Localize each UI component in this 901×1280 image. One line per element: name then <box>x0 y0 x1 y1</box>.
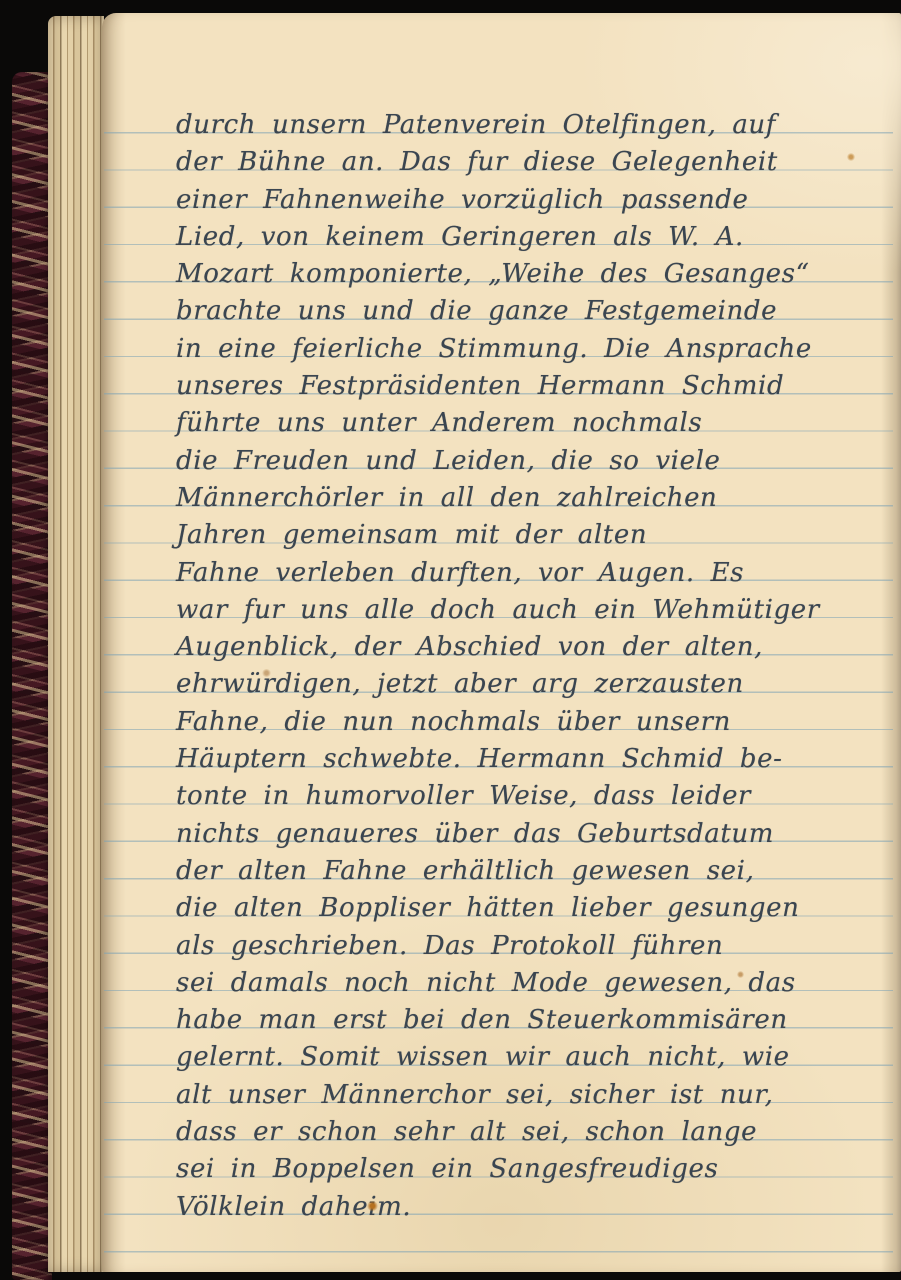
handwritten-line: führte uns unter Anderem nochmals <box>176 405 897 442</box>
handwritten-line: sei damals noch nicht Mode gewesen, das <box>176 965 897 1002</box>
handwritten-line: habe man erst bei den Steuerkommisären <box>176 1002 897 1039</box>
stacked-page-edges <box>48 16 104 1272</box>
notebook-page: durch unsern Patenverein Otelfingen, auf… <box>102 13 901 1272</box>
handwritten-line: die alten Boppliser hätten lieber gesung… <box>176 890 897 927</box>
handwritten-line: ehrwürdigen, jetzt aber arg zerzausten <box>176 666 897 703</box>
handwritten-line: der alten Fahne erhältlich gewesen sei, <box>176 853 897 890</box>
handwritten-line: als geschrieben. Das Protokoll führen <box>176 928 897 965</box>
handwritten-line: Lied, von keinem Geringeren als W. A. <box>176 219 897 256</box>
handwritten-line: brachte uns und die ganze Festgemeinde <box>176 293 897 330</box>
handwritten-line: Fahne verleben durften, vor Augen. Es <box>176 555 897 592</box>
handwritten-line: gelernt. Somit wissen wir auch nicht, wi… <box>176 1039 897 1076</box>
handwritten-line: Häuptern schwebte. Hermann Schmid be- <box>176 741 897 778</box>
handwritten-line: einer Fahnenweihe vorzüglich passende <box>176 182 897 219</box>
handwritten-line: nichts genaueres über das Geburtsdatum <box>176 816 897 853</box>
handwritten-line: Augenblick, der Abschied von der alten, <box>176 629 897 666</box>
handwritten-line: alt unser Männerchor sei, sicher ist nur… <box>176 1077 897 1114</box>
handwritten-line: in eine feierliche Stimmung. Die Ansprac… <box>176 331 897 368</box>
handwritten-line: Völklein daheim. <box>176 1189 897 1226</box>
handwritten-line: Mozart komponierte, „Weihe des Gesanges“ <box>176 256 897 293</box>
handwritten-line: Jahren gemeinsam mit der alten <box>176 517 897 554</box>
handwritten-line: durch unsern Patenverein Otelfingen, auf <box>176 107 897 144</box>
handwritten-line: Fahne, die nun nochmals über unsern <box>176 704 897 741</box>
handwritten-line: unseres Festpräsidenten Hermann Schmid <box>176 368 897 405</box>
handwritten-line: sei in Boppelsen ein Sangesfreudiges <box>176 1151 897 1188</box>
handwritten-line: der Bühne an. Das fur diese Gelegenheit <box>176 144 897 181</box>
handwritten-line: Männerchörler in all den zahlreichen <box>176 480 897 517</box>
handwritten-line: dass er schon sehr alt sei, schon lange <box>176 1114 897 1151</box>
handwritten-text-block: durch unsern Patenverein Otelfingen, auf… <box>176 107 897 1226</box>
book-scan-scene: durch unsern Patenverein Otelfingen, auf… <box>0 0 901 1280</box>
handwritten-line: war fur uns alle doch auch ein Wehmütige… <box>176 592 897 629</box>
handwritten-line: die Freuden und Leiden, die so viele <box>176 443 897 480</box>
handwritten-line: tonte in humorvoller Weise, dass leider <box>176 778 897 815</box>
marbled-cover-spine <box>12 72 52 1280</box>
